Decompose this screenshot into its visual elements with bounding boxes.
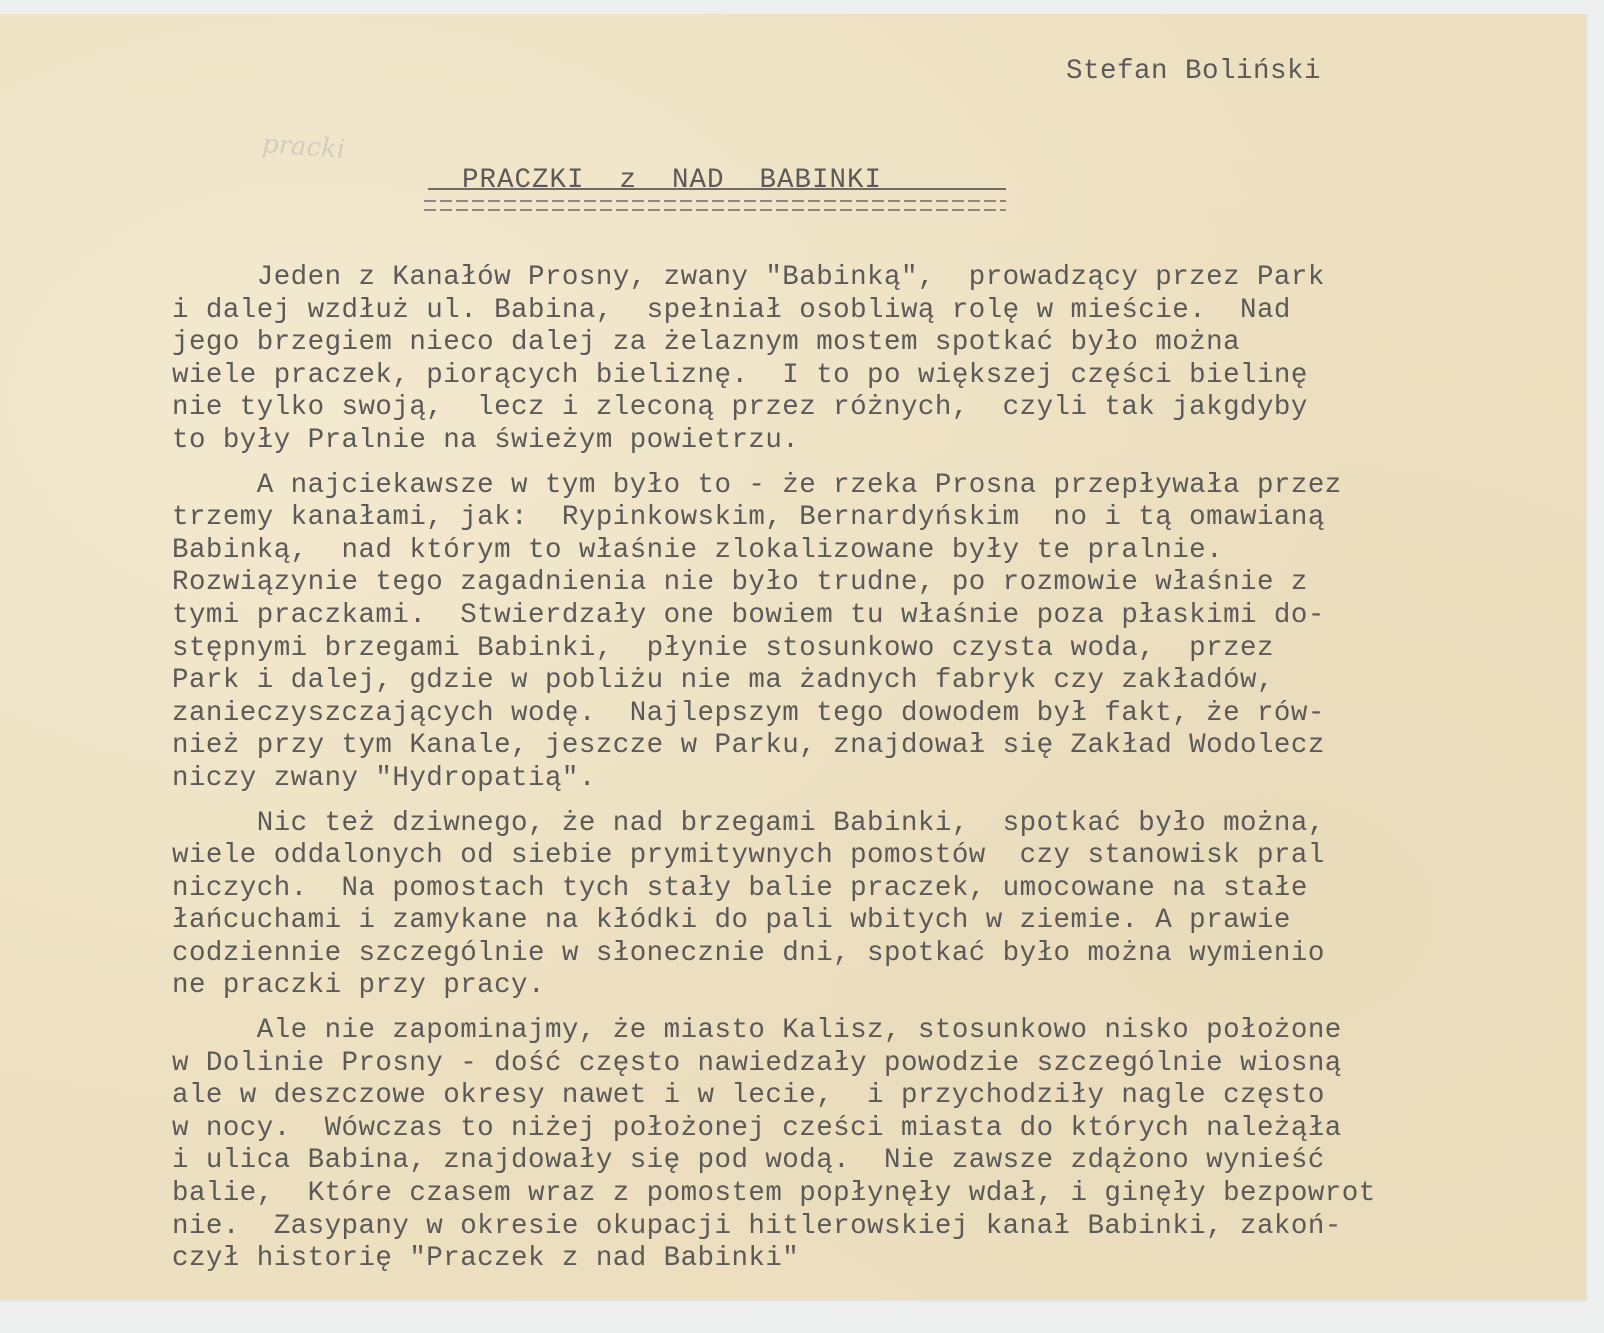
text-line: ale w deszczowe okresy nawet i w lecie, … [172,1080,1376,1113]
text-line: nie tylko swoją, lecz i zleconą przez ró… [172,392,1376,425]
paragraph-4: Ale nie zapominajmy, że miasto Kalisz, s… [172,1015,1376,1276]
paragraph-gap [172,458,1376,470]
title-underline [428,187,1006,190]
text-line: trzemy kanałami, jak: Rypinkowskim, Bern… [172,502,1376,535]
text-line: Ale nie zapominajmy, że miasto Kalisz, s… [172,1015,1376,1048]
paragraph-gap [172,796,1376,808]
title-double-rule [424,200,1006,214]
text-line: stępnymi brzegami Babinki, płynie stosun… [172,633,1376,666]
text-line: wiele praczek, piorących bieliznę. I to … [172,360,1376,393]
text-line: jego brzegiem nieco dalej za żelaznym mo… [172,327,1376,360]
text-line: niczy zwany "Hydropatią". [172,763,1376,796]
text-line: i dalej wzdłuż ul. Babina, spełniał osob… [172,295,1376,328]
text-line: w nocy. Wówczas to niżej położonej cześc… [172,1113,1376,1146]
text-line: w Dolinie Prosny - dość często nawiedzał… [172,1048,1376,1081]
text-line: nie. Zasypany w okresie okupacji hitlero… [172,1211,1376,1244]
paragraph-1: Jeden z Kanałów Prosny, zwany "Babinką",… [172,262,1376,458]
paragraph-3: Nic też dziwnego, że nad brzegami Babink… [172,808,1376,1004]
text-line: A najciekawsze w tym było to - że rzeka … [172,470,1376,503]
text-line: zanieczyszczających wodę. Najlepszym teg… [172,698,1376,731]
text-line: ne praczki przy pracy. [172,970,1376,1003]
text-line: czył historię "Praczek z nad Babinki" [172,1243,1376,1276]
paragraph-2: A najciekawsze w tym było to - że rzeka … [172,470,1376,796]
text-line: balie, Które czasem wraz z pomostem popł… [172,1178,1376,1211]
author-name: Stefan Boliński [1066,56,1321,87]
text-line: wiele oddalonych od siebie prymitywnych … [172,840,1376,873]
document-title: PRACZKI z NAD BABINKI [462,165,882,196]
pencil-annotation: pracki [261,129,346,165]
text-line: i ulica Babina, znajdowały się pod wodą.… [172,1145,1376,1178]
text-line: niczych. Na pomostach tych stały balie p… [172,873,1376,906]
text-line: Nic też dziwnego, że nad brzegami Babink… [172,808,1376,841]
text-line: Jeden z Kanałów Prosny, zwany "Babinką",… [172,262,1376,295]
text-line: Rozwiązynie tego zagadnienia nie było tr… [172,567,1376,600]
text-line: nież przy tym Kanale, jeszcze w Parku, z… [172,730,1376,763]
document-body: Jeden z Kanałów Prosny, zwany "Babinką",… [172,262,1376,1276]
text-line: Babinką, nad którym to właśnie zlokalizo… [172,535,1376,568]
text-line: to były Pralnie na świeżym powietrzu. [172,425,1376,458]
text-line: codziennie szczególnie w słonecznie dni,… [172,938,1376,971]
text-line: tymi praczkami. Stwierdzały one bowiem t… [172,600,1376,633]
text-line: Park i dalej, gdzie w pobliżu nie ma żad… [172,665,1376,698]
text-line: łańcuchami i zamykane na kłódki do pali … [172,905,1376,938]
paragraph-gap [172,1003,1376,1015]
